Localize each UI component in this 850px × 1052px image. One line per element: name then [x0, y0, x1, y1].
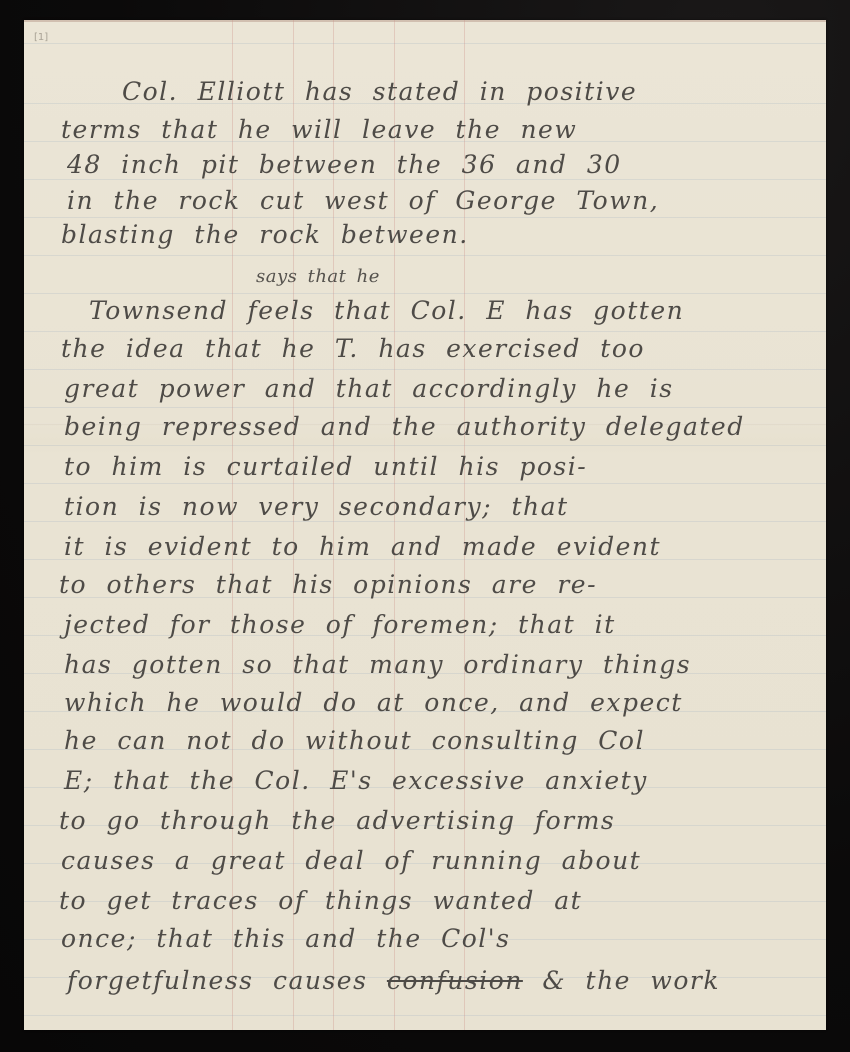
handwritten-line: which he would do at once, and expect: [64, 688, 683, 718]
handwritten-line: to others that his opinions are re-: [59, 570, 597, 600]
handwritten-line: the idea that he T. has exercised too: [61, 334, 645, 364]
handwritten-line: in the rock cut west of George Town,: [67, 186, 659, 216]
handwritten-line: Col. Elliott has stated in positive: [122, 77, 637, 107]
handwritten-line: he can not do without consulting Col: [64, 726, 645, 756]
handwritten-line: it is evident to him and made evident: [64, 532, 661, 562]
last-line-before: forgetfulness causes: [67, 966, 367, 995]
handwritten-line: to him is curtailed until his posi-: [64, 452, 587, 482]
letter-page: [1] Col. Elliott has stated in positivet…: [24, 20, 826, 1030]
scan-viewport: [1] Col. Elliott has stated in positivet…: [0, 0, 850, 1052]
handwritten-line: great power and that accordingly he is: [64, 374, 674, 404]
interlinear-insertion: says that he: [256, 262, 380, 292]
struck-through-word: confusion: [387, 966, 523, 995]
handwritten-line: jected for those of foremen; that it: [64, 610, 616, 640]
handwritten-line: has gotten so that many ordinary things: [64, 650, 691, 680]
handwritten-line: to get traces of things wanted at: [59, 886, 582, 916]
handwritten-line: once; that this and the Col's: [61, 924, 511, 954]
handwritten-line: terms that he will leave the new: [61, 115, 577, 145]
handwritten-line: E; that the Col. E's excessive anxiety: [64, 766, 648, 796]
handwritten-line-last: forgetfulness causes confusion & the wor…: [67, 966, 720, 996]
handwritten-line: to go through the advertising forms: [59, 806, 615, 836]
handwritten-line: being repressed and the authority delega…: [64, 412, 745, 442]
last-line-after: & the work: [542, 966, 720, 995]
handwritten-line: causes a great deal of running about: [61, 846, 641, 876]
handwritten-line: 48 inch pit between the 36 and 30: [67, 150, 622, 180]
handwritten-line: Townsend feels that Col. E has gotten: [89, 296, 684, 326]
paper-top-edge: [24, 20, 826, 22]
page-number-marker: [1]: [34, 32, 48, 43]
handwritten-line: blasting the rock between.: [61, 220, 469, 250]
handwritten-line: tion is now very secondary; that: [64, 492, 569, 522]
